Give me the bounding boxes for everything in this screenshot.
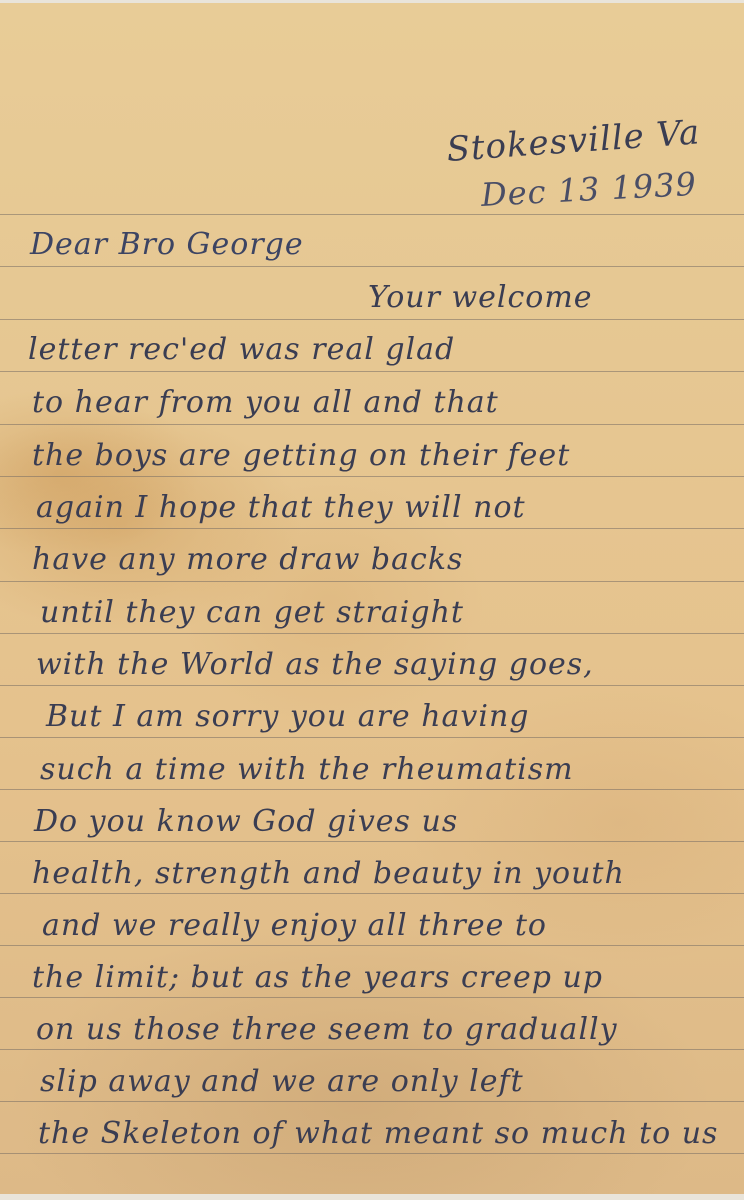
letter-salutation: Dear Bro George [30,228,304,262]
letter-line: Your welcome [368,281,593,315]
letter-line: the Skeleton of what meant so much to us [38,1117,718,1151]
letter-page: Stokesville Va Dec 13 1939 Dear Bro Geor… [0,3,744,1195]
letter-line: on us those three seem to gradually [36,1013,618,1047]
letter-place: Stokesville Va [445,113,701,169]
letter-date: Dec 13 1939 [480,166,698,213]
letter-line: with the World as the saying goes, [36,648,594,682]
ruled-line [0,1101,744,1102]
letter-line: such a time with the rheumatism [40,753,574,787]
ruled-line [0,737,744,738]
ruled-line [0,945,744,946]
letter-line: again I hope that they will not [36,491,526,525]
letter-line: letter rec'ed was real glad [28,333,455,367]
letter-line: slip away and we are only left [40,1065,524,1099]
letter-line: to hear from you all and that [32,386,499,420]
letter-line: But I am sorry you are having [46,700,530,734]
letter-line: the limit; but as the years creep up [32,961,603,995]
ruled-line [0,528,744,529]
ruled-line [0,266,744,267]
letter-line: the boys are getting on their feet [32,439,570,473]
scan-border [0,1194,744,1200]
ruled-line [0,476,744,477]
ruled-line [0,1049,744,1050]
letter-line: have any more draw backs [32,543,463,577]
ruled-line [0,319,744,320]
ruled-line [0,685,744,686]
ruled-line [0,633,744,634]
ruled-line [0,214,744,215]
letter-line: Do you know God gives us [34,805,458,839]
letter-line: and we really enjoy all three to [42,909,547,943]
ruled-line [0,581,744,582]
ruled-line [0,371,744,372]
ruled-line [0,1153,744,1154]
letter-line: until they can get straight [40,596,464,630]
letter-line: health, strength and beauty in youth [32,857,625,891]
ruled-line [0,424,744,425]
ruled-line [0,997,744,998]
ruled-line [0,789,744,790]
ruled-line [0,893,744,894]
ruled-line [0,841,744,842]
